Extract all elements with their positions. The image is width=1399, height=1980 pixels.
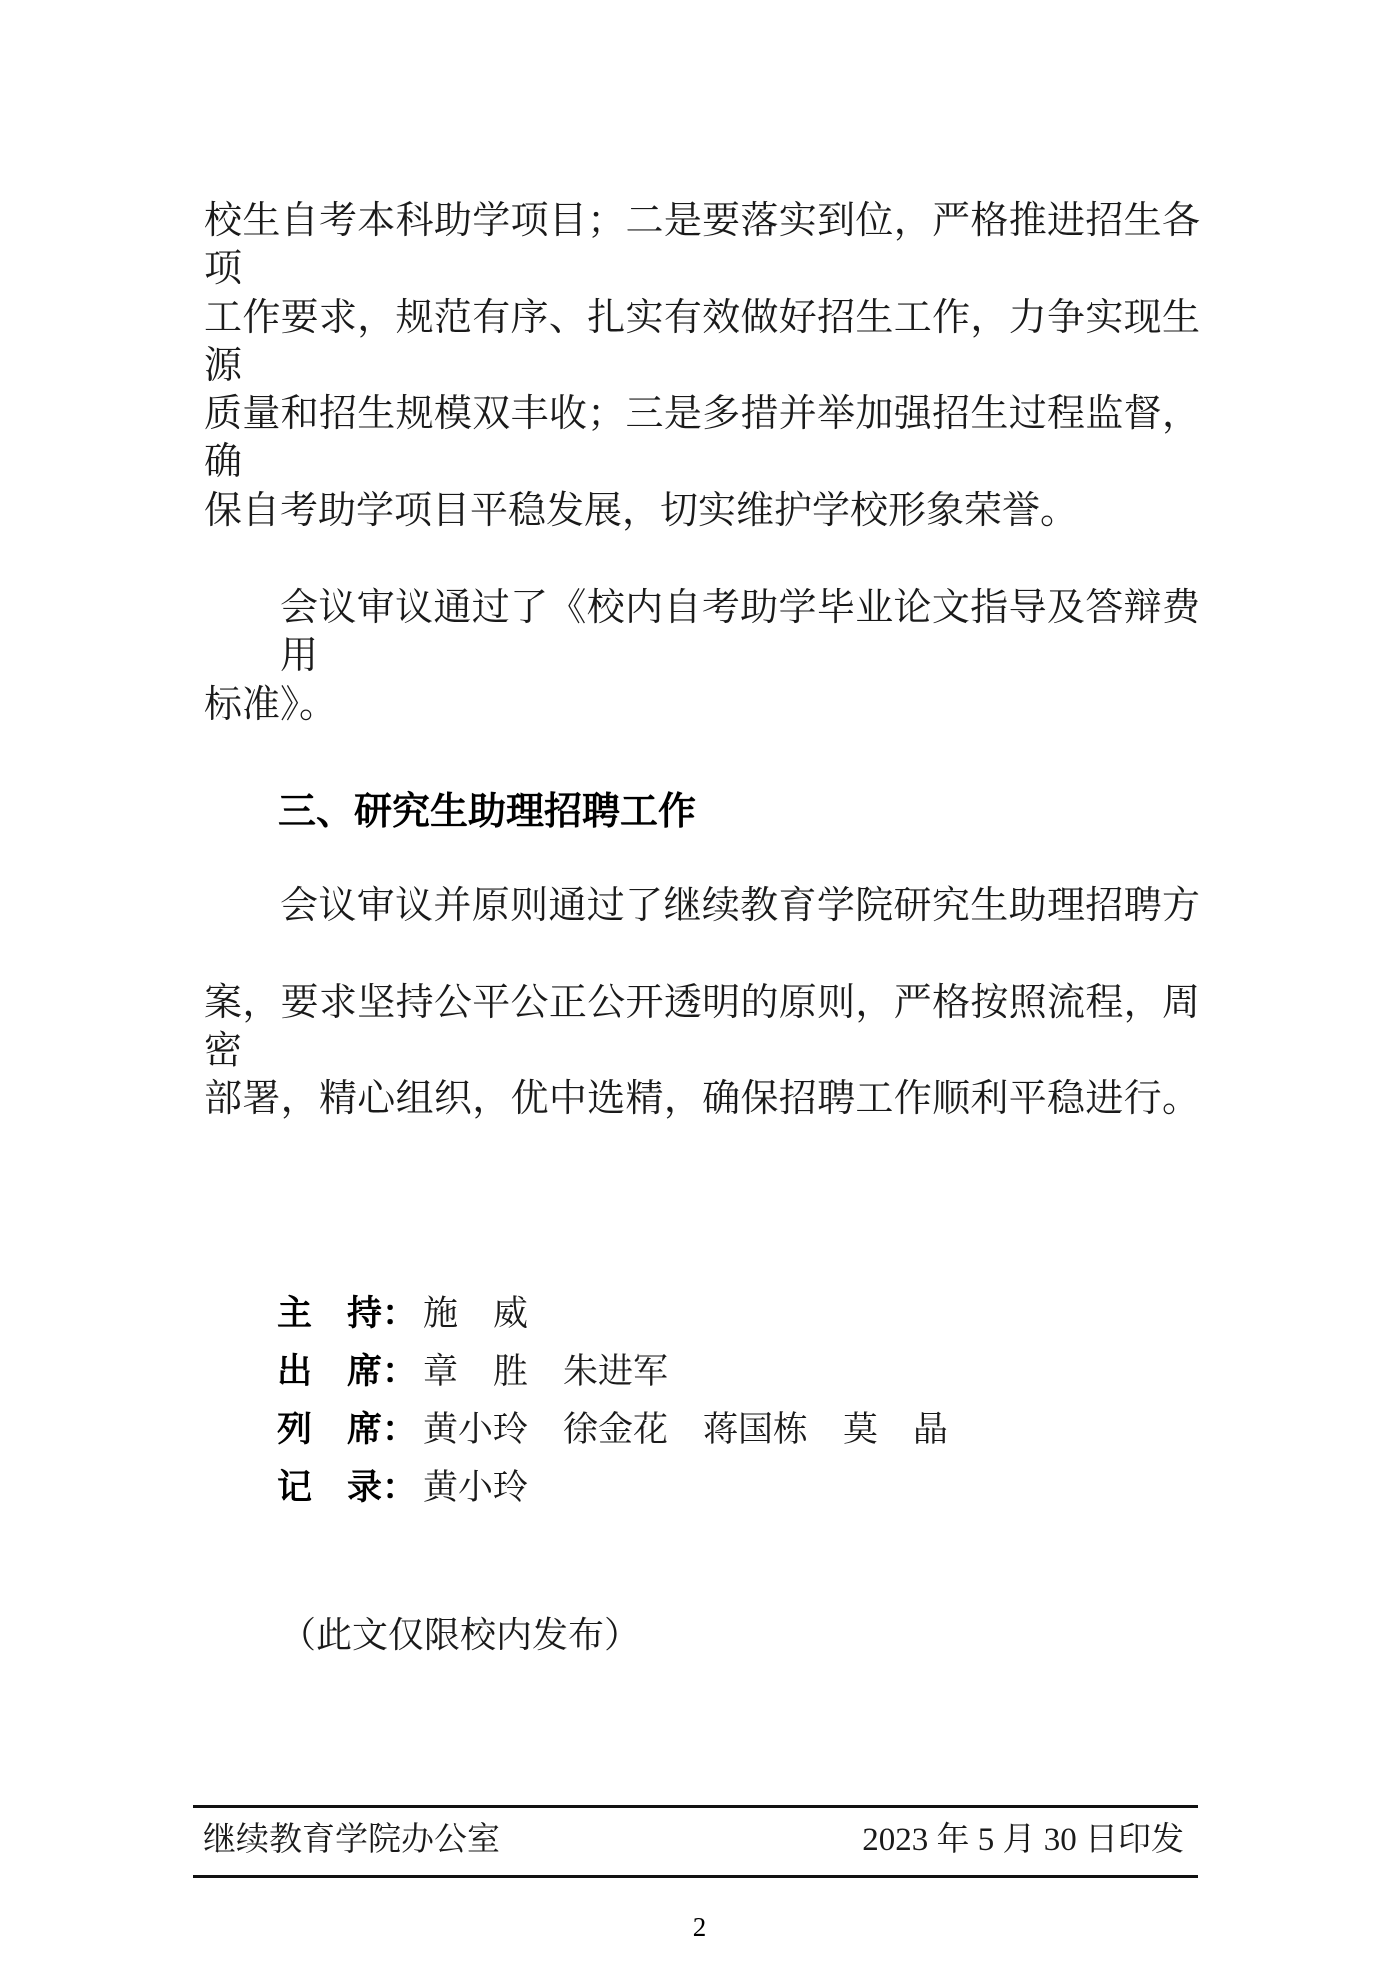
body-line: 工作要求，规范有序、扎实有效做好招生工作，力争实现生源 [204,294,1200,390]
attendee-label: 出 席： [277,1352,417,1391]
body-line: 会议审议通过了《校内自考助学毕业论文指导及答辩费用 [280,584,1200,680]
body-line: 保自考助学项目平稳发展，切实维护学校形象荣誉。 [204,487,1200,535]
attendee-names: 黄小玲 徐金花 蒋国栋 莫 晶 [423,1410,948,1449]
attendee-label: 列 席： [277,1410,417,1449]
section-heading: 三、研究生助理招聘工作 [278,788,696,836]
attendee-row-present: 出 席：章 胜 朱进军 [277,1351,668,1393]
attendee-row-host: 主 持：施 威 [277,1293,528,1335]
body-line: 标准》。 [204,681,1200,729]
document-page: 校生自考本科助学项目；二是要落实到位，严格推进招生各项 工作要求，规范有序、扎实… [0,0,1399,1980]
distribution-note: （此文仅限校内发布） [280,1613,640,1657]
body-line: 部署，精心组织，优中选精，确保招聘工作顺利平稳进行。 [204,1075,1200,1123]
attendee-names: 施 威 [423,1294,528,1333]
attendee-row-observers: 列 席：黄小玲 徐金花 蒋国栋 莫 晶 [277,1409,948,1451]
attendee-row-recorder: 记 录：黄小玲 [277,1467,528,1509]
attendee-label: 记 录： [277,1468,417,1507]
attendee-names: 章 胜 朱进军 [423,1352,668,1391]
attendee-names: 黄小玲 [423,1468,528,1507]
page-number: 2 [0,1912,1399,1943]
body-line: 案，要求坚持公平公正公开透明的原则，严格按照流程，周密 [204,979,1200,1075]
body-line: 会议审议并原则通过了继续教育学院研究生助理招聘方 [280,882,1200,930]
footer-office: 继续教育学院办公室 [193,1818,500,1862]
footer-rule-bottom [193,1875,1198,1878]
footer-date: 2023 年 5 月 30 日印发 [862,1818,1198,1862]
attendee-label: 主 持： [277,1294,417,1333]
footer-rule-top [193,1805,1198,1808]
body-line: 校生自考本科助学项目；二是要落实到位，严格推进招生各项 [204,197,1200,293]
body-line: 质量和招生规模双丰收；三是多措并举加强招生过程监督，确 [204,390,1200,486]
footer-row: 继续教育学院办公室 2023 年 5 月 30 日印发 [193,1818,1198,1862]
